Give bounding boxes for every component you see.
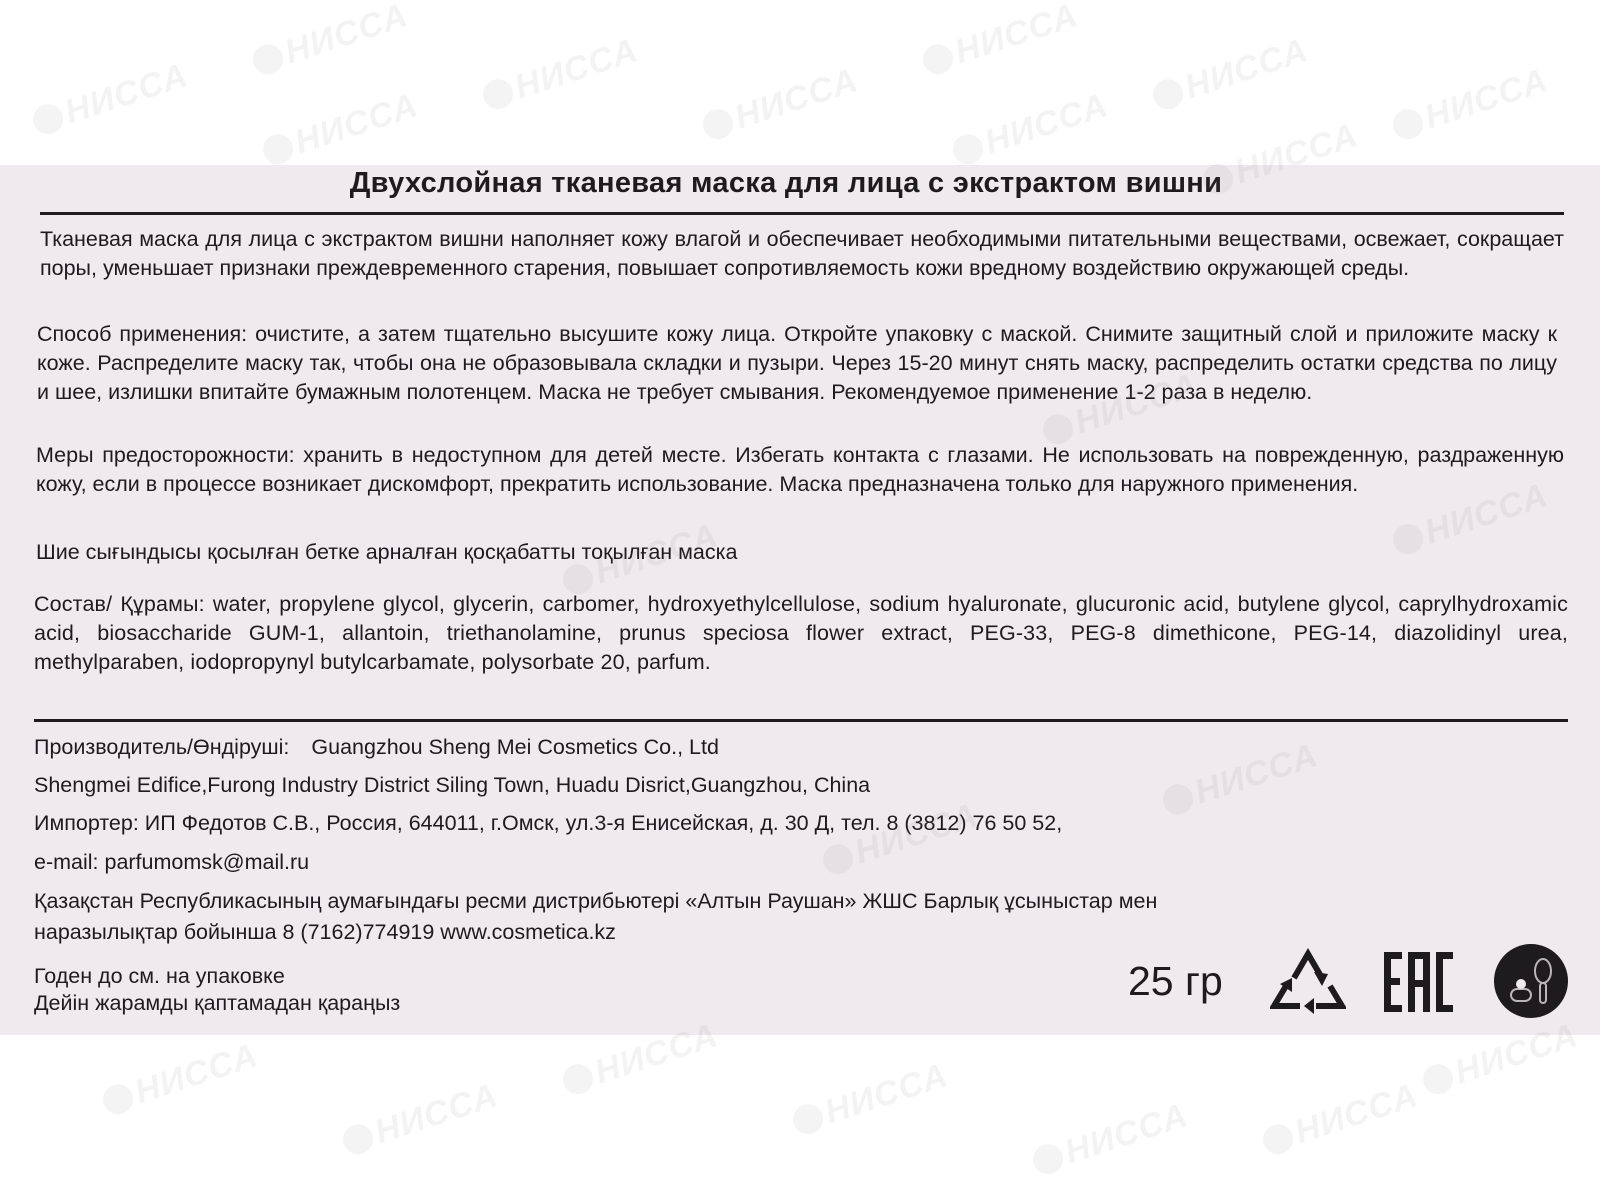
- watermark: НИССА: [338, 1076, 503, 1163]
- watermark: НИССА: [1258, 1076, 1423, 1163]
- precautions: Меры предосторожности: хранить в недосту…: [36, 441, 1564, 499]
- importer-info: Импортер: ИП Федотов С.В., Россия, 64401…: [34, 811, 1062, 836]
- manufacturer-line: Производитель/Өндіруші:Guangzhou Sheng M…: [34, 735, 719, 760]
- expiry-kz: Дейін жарамды қаптамадан қараңыз: [34, 991, 400, 1016]
- kz-distributor-line-1: Қазақстан Республикасының аумағындағы ре…: [34, 889, 1157, 914]
- expiry-ru: Годен до см. на упаковке: [34, 964, 285, 989]
- kazakh-product-name: Шие сығындысы қосылған бетке арналған қо…: [36, 538, 1336, 567]
- watermark: НИССА: [788, 1056, 953, 1143]
- eac-mark-icon: [1382, 950, 1454, 1014]
- ingredients: Состав/ Құрамы: water, propylene glycol,…: [34, 590, 1568, 677]
- title-divider: [40, 212, 1564, 215]
- product-photo: Двухслойная тканевая маска для лица с эк…: [0, 0, 1600, 1200]
- watermark: НИССА: [948, 86, 1113, 173]
- importer-email: e-mail: parfumomsk@mail.ru: [34, 850, 309, 875]
- watermark: НИССА: [698, 61, 863, 148]
- usage-instructions: Способ применения: очистите, а затем тща…: [37, 320, 1557, 407]
- watermark: НИССА: [28, 56, 193, 143]
- watermark: НИССА: [248, 0, 413, 83]
- section-divider: [34, 719, 1568, 722]
- product-description: Тканевая маска для лица с экстрактом виш…: [40, 225, 1564, 283]
- cosmetic-pao-icon: [1493, 943, 1569, 1019]
- net-weight: 25 гр: [1128, 958, 1223, 1005]
- watermark: НИССА: [258, 86, 423, 173]
- watermark: НИССА: [918, 0, 1083, 83]
- recycle-triangle-icon: [1270, 948, 1346, 1014]
- watermark: НИССА: [478, 31, 643, 118]
- product-label: Двухслойная тканевая маска для лица с эк…: [0, 165, 1600, 1035]
- watermark: НИССА: [1388, 61, 1553, 148]
- product-title-text: Двухслойная тканевая маска для лица с эк…: [350, 167, 1223, 199]
- product-title: Двухслойная тканевая маска для лица с эк…: [0, 167, 1600, 200]
- watermark: НИССА: [98, 1036, 263, 1123]
- kz-distributor-line-2: наразылықтар бойынша 8 (7162)774919 www.…: [34, 920, 616, 945]
- manufacturer-label: Производитель/Өндіруші:: [34, 735, 289, 759]
- watermark: НИССА: [1148, 31, 1313, 118]
- manufacturer-name: Guangzhou Sheng Mei Cosmetics Co., Ltd: [311, 735, 719, 759]
- manufacturer-address: Shengmei Edifice,Furong Industry Distric…: [34, 773, 870, 798]
- watermark: НИССА: [1028, 1096, 1193, 1183]
